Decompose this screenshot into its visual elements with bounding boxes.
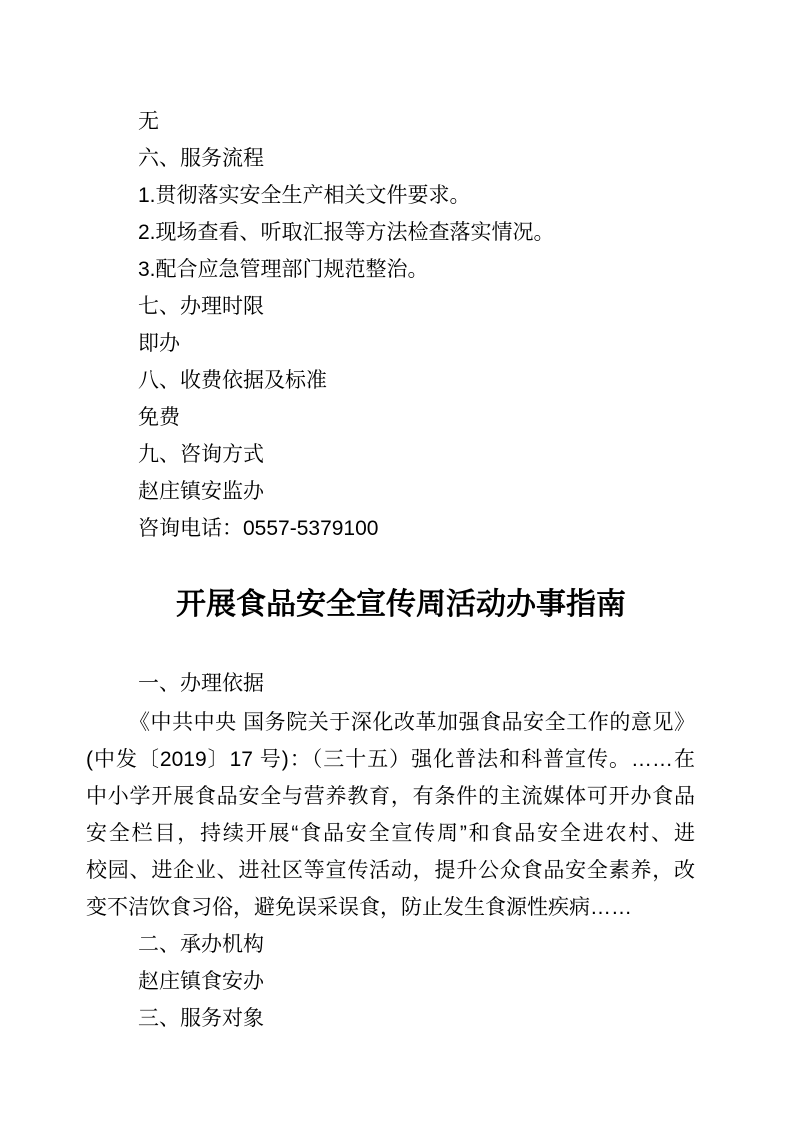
section-heading-fee-standard: 八、收费依据及标准 [86, 362, 695, 399]
body-line-none: 无 [86, 103, 695, 140]
body-line-consult-office: 赵庄镇安监办 [86, 473, 695, 510]
paragraph-line: 《中共中央 国务院关于深化改革加强食品安全工作的意见》 [86, 704, 695, 741]
paragraph-line: 中小学开展食品安全与营养教育，有条件的主流媒体可开办食品 [86, 778, 695, 815]
paragraph-line: 变不洁饮食习俗，避免误采误食，防止发生食源性疾病…… [86, 889, 695, 926]
section-heading-organizer: 二、承办机构 [86, 926, 695, 963]
section-heading-time-limit: 七、办理时限 [86, 288, 695, 325]
body-line-free: 免费 [86, 399, 695, 436]
paragraph-line: 校园、进企业、进社区等宣传活动，提升公众食品安全素养，改 [86, 852, 695, 889]
body-line-organizer-name: 赵庄镇食安办 [86, 963, 695, 1000]
paragraph-line: (中发〔2019〕17 号)：（三十五）强化普法和科普宣传。……在 [86, 741, 695, 778]
section-heading-audience: 三、服务对象 [86, 1000, 695, 1037]
numbered-step-line-2: 2.现场查看、听取汇报等方法检查落实情况。 [86, 214, 695, 251]
section-heading-basis: 一、办理依据 [86, 665, 695, 702]
document-page: 无 六、服务流程 1.贯彻落实安全生产相关文件要求。 2.现场查看、听取汇报等方… [0, 0, 793, 1122]
numbered-step-line-3: 3.配合应急管理部门规范整治。 [86, 251, 695, 288]
section-heading-service-process: 六、服务流程 [86, 140, 695, 177]
numbered-step-line-1: 1.贯彻落实安全生产相关文件要求。 [86, 177, 695, 214]
legal-basis-paragraph: 《中共中央 国务院关于深化改革加强食品安全工作的意见》 (中发〔2019〕17 … [86, 704, 695, 926]
paragraph-line: 安全栏目，持续开展“食品安全宣传周”和食品安全进农村、进 [86, 815, 695, 852]
body-line-immediate: 即办 [86, 325, 695, 362]
document-content: 无 六、服务流程 1.贯彻落实安全生产相关文件要求。 2.现场查看、听取汇报等方… [86, 103, 695, 1037]
body-line-consult-phone: 咨询电话：0557-5379100 [86, 510, 695, 547]
guide-title: 开展食品安全宣传周活动办事指南 [86, 583, 695, 627]
section-heading-consult-method: 九、咨询方式 [86, 436, 695, 473]
